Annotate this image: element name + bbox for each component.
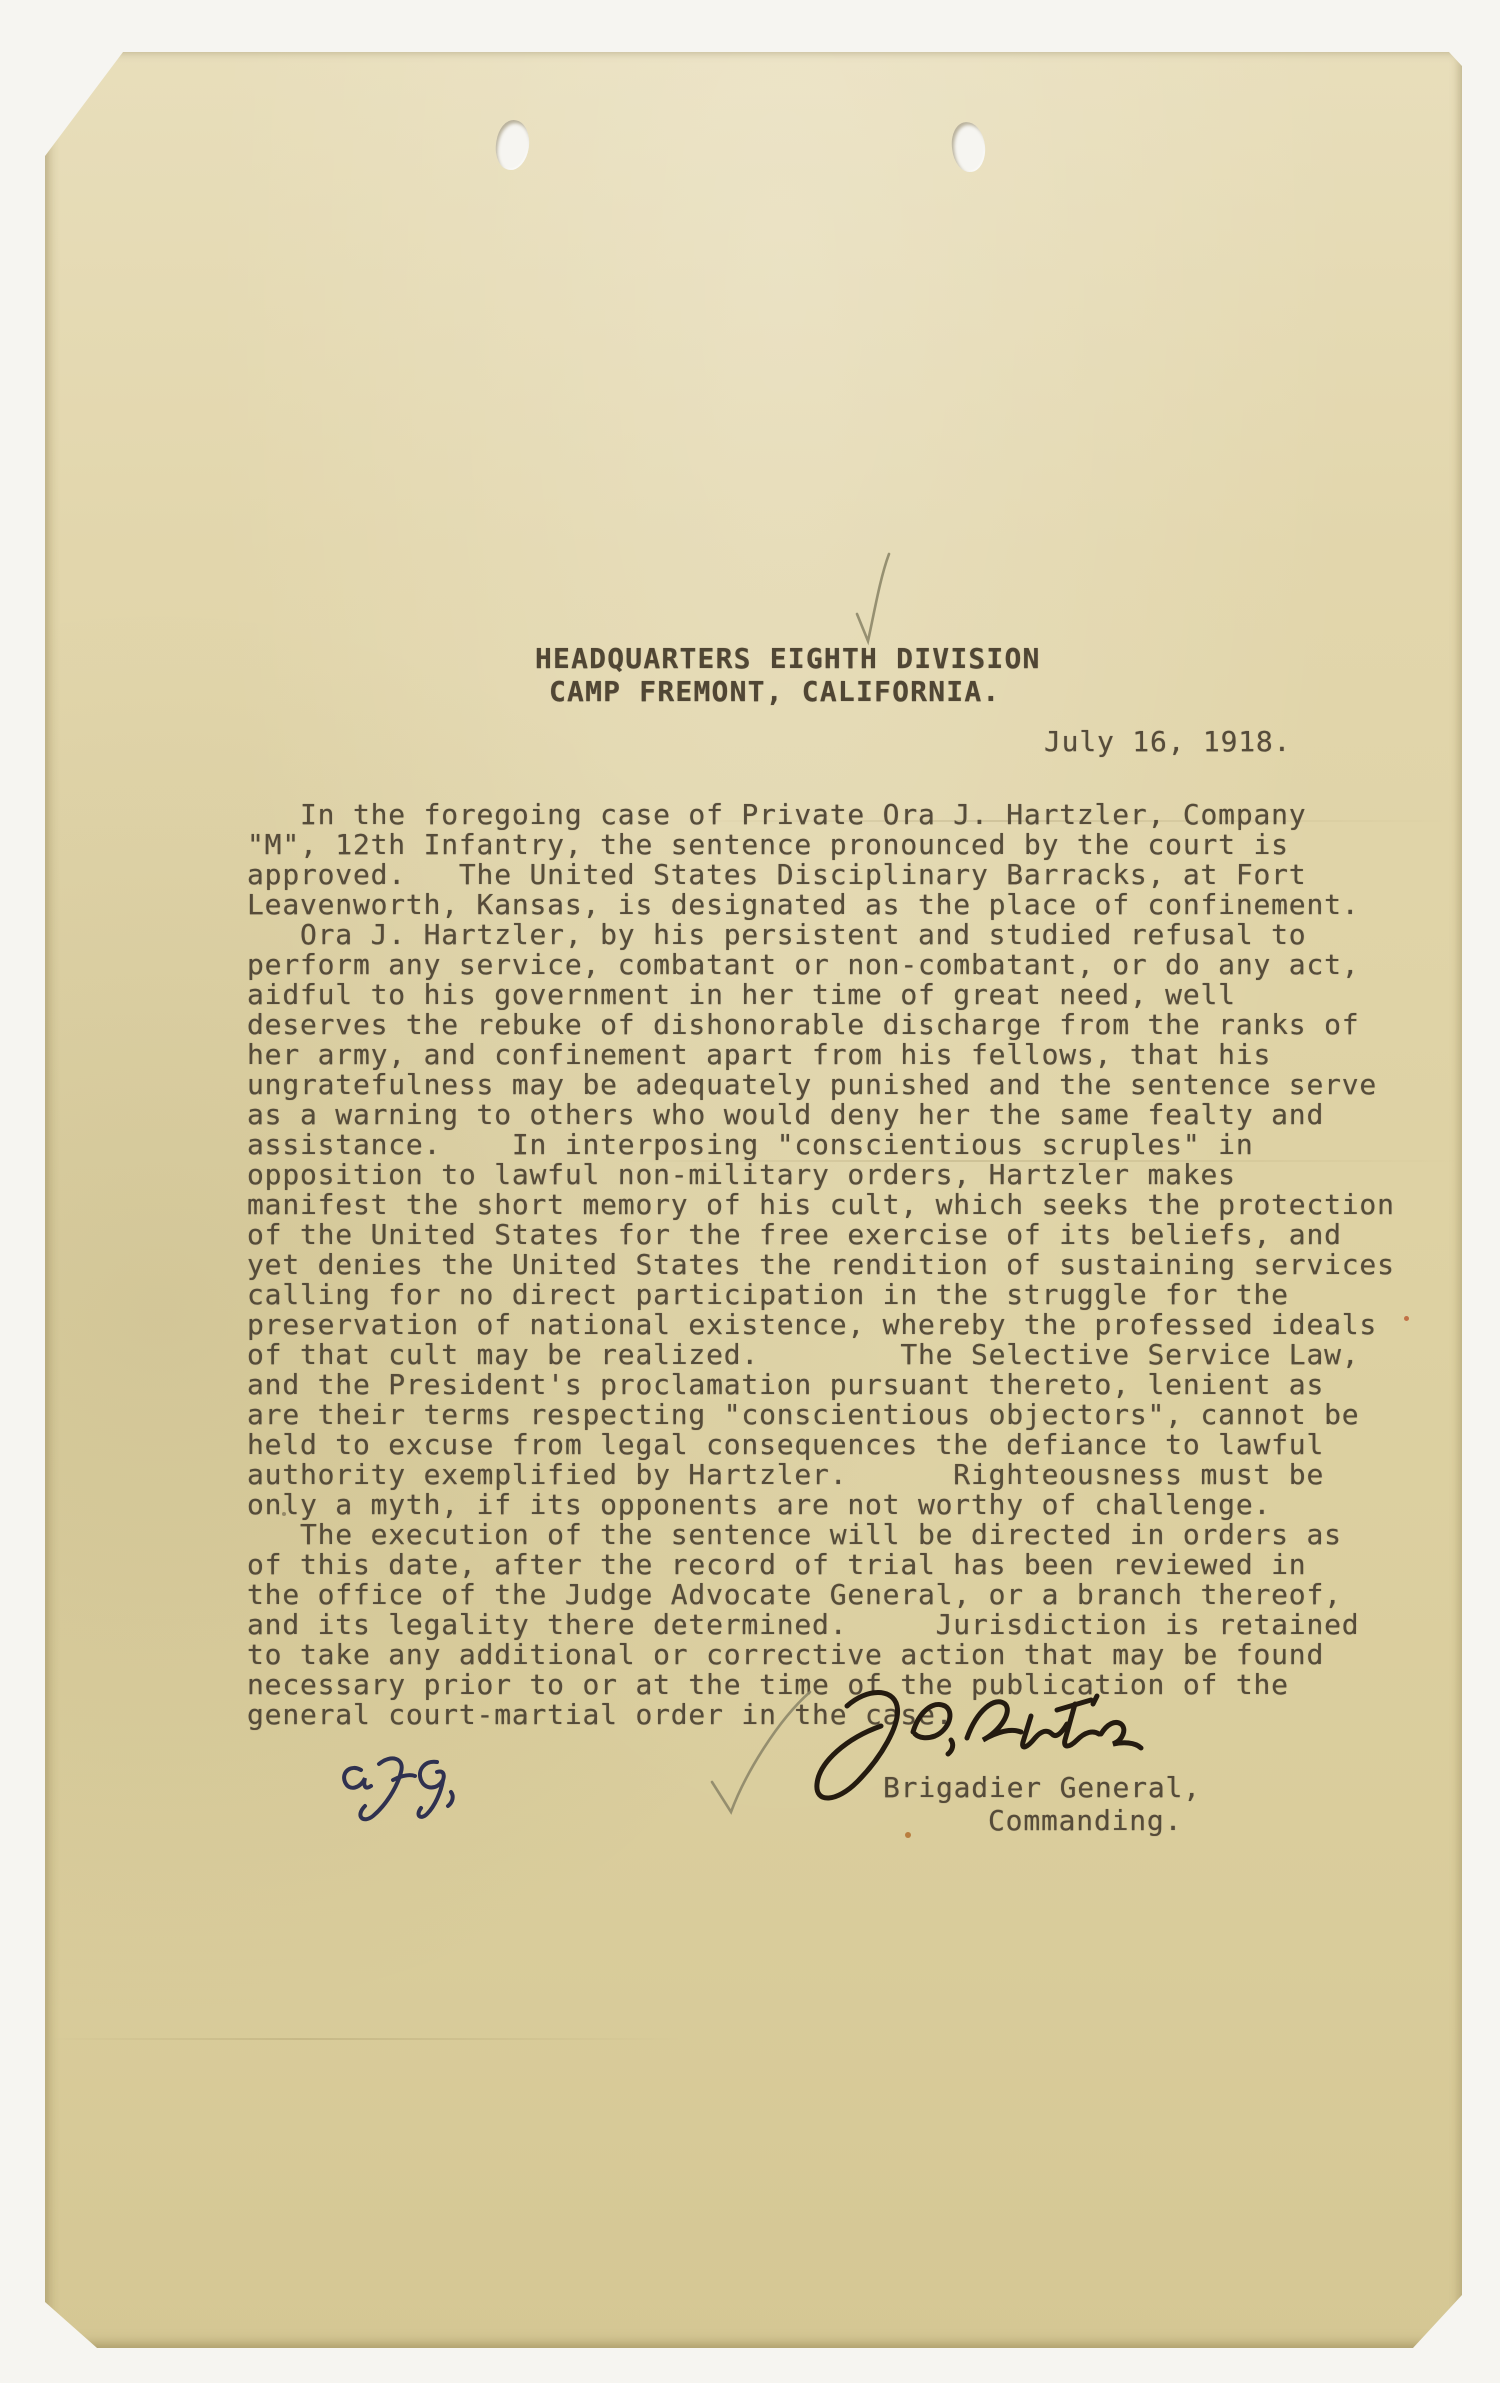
typed-line: yet denies the United States the renditi… <box>247 1250 1395 1280</box>
typed-line: as a warning to others who would deny he… <box>247 1100 1395 1130</box>
typed-line: to take any additional or corrective act… <box>247 1640 1395 1670</box>
typed-line: Ora J. Hartzler, by his persistent and s… <box>247 920 1395 950</box>
typed-line: Leavenworth, Kansas, is designated as th… <box>247 890 1395 920</box>
scanned-letter-page: HEADQUARTERS EIGHTH DIVISION CAMP FREMON… <box>0 0 1500 2383</box>
typed-line: "M", 12th Infantry, the sentence pronoun… <box>247 830 1395 860</box>
typed-line: of that cult may be realized. The Select… <box>247 1340 1395 1370</box>
typed-line: ungratefulness may be adequately punishe… <box>247 1070 1395 1100</box>
typed-line: are their terms respecting "conscientiou… <box>247 1400 1395 1430</box>
date-line: July 16, 1918. <box>1044 727 1291 757</box>
typed-line: and its legality there determined. Juris… <box>247 1610 1395 1640</box>
typed-line: perform any service, combatant or non-co… <box>247 950 1395 980</box>
typed-line: aidful to his government in her time of … <box>247 980 1395 1010</box>
letter-body: In the foregoing case of Private Ora J. … <box>247 800 1395 1730</box>
typed-line: preservation of national existence, wher… <box>247 1310 1395 1340</box>
typed-line: deserves the rebuke of dishonorable disc… <box>247 1010 1395 1040</box>
typed-line: of the United States for the free exerci… <box>247 1220 1395 1250</box>
signature-subtitle: Commanding. <box>988 1806 1182 1836</box>
typed-line: The execution of the sentence will be di… <box>247 1520 1395 1550</box>
letterhead-line2: CAMP FREMONT, CALIFORNIA. <box>549 677 1000 707</box>
typed-line: assistance. In interposing "conscientiou… <box>247 1130 1395 1160</box>
typed-line: the office of the Judge Advocate General… <box>247 1580 1395 1610</box>
typed-line: held to excuse from legal consequences t… <box>247 1430 1395 1460</box>
letterhead-line1: HEADQUARTERS EIGHTH DIVISION <box>535 644 1041 674</box>
initials-handwriting <box>335 1736 465 1831</box>
ink-speck <box>1404 1316 1409 1321</box>
typed-line: opposition to lawful non-military orders… <box>247 1160 1395 1190</box>
typed-line: and the President's proclamation pursuan… <box>247 1370 1395 1400</box>
typed-line: In the foregoing case of Private Ora J. … <box>247 800 1395 830</box>
pencil-checkmark-top-icon <box>845 548 905 648</box>
typed-line: authority exemplified by Hartzler. Right… <box>247 1460 1395 1490</box>
typed-line: approved. The United States Disciplinary… <box>247 860 1395 890</box>
typed-line: her army, and confinement apart from his… <box>247 1040 1395 1070</box>
signature-title: Brigadier General, <box>883 1773 1201 1803</box>
typed-line: of this date, after the record of trial … <box>247 1550 1395 1580</box>
typed-line: calling for no direct participation in t… <box>247 1280 1395 1310</box>
ink-speck <box>905 1832 911 1838</box>
paper-crease <box>45 2038 683 2040</box>
typed-line: manifest the short memory of his cult, w… <box>247 1190 1395 1220</box>
typed-line: only a myth, if its opponents are not wo… <box>247 1490 1395 1520</box>
